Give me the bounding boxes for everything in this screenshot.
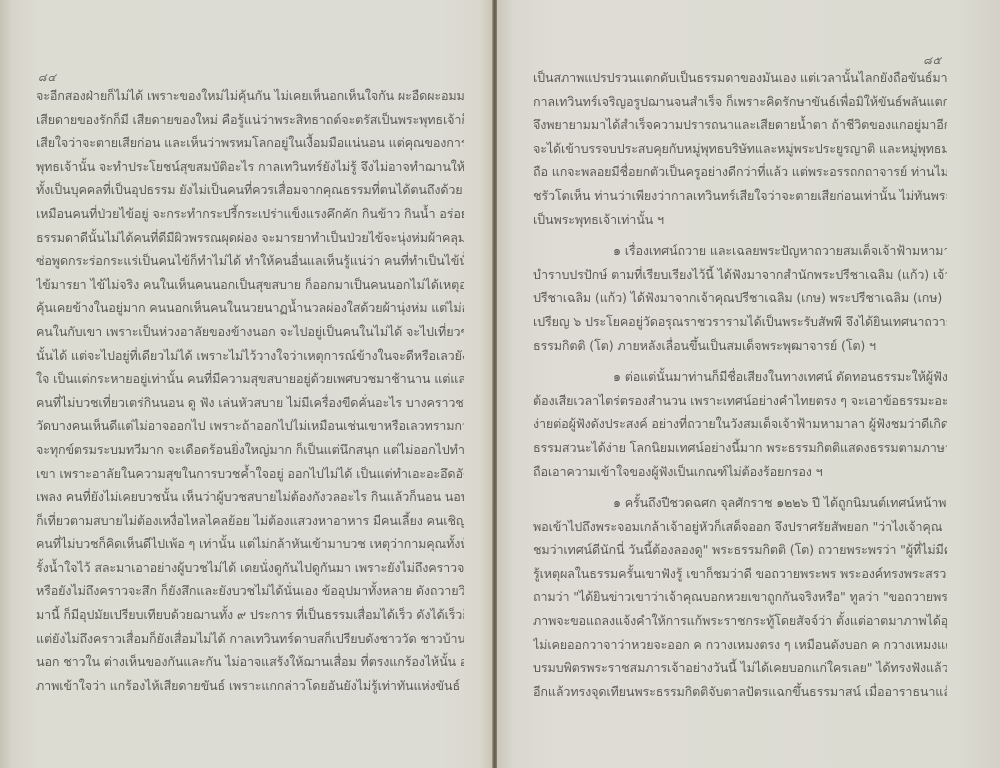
text-line: เพลง คนที่ยังไม่เคยบวชนั้น เห็นว่าผู้บวช… [36, 485, 464, 509]
text-line: ต้องเสียเวลาไตร่ตรองสำนวน เพราะเทศน์อย่า… [533, 389, 947, 413]
text-line: คุ้นเคยข้างในอยู่มาก คนนอกเห็นคนในนวยนาฏ… [36, 296, 464, 320]
text-line: เปรียญ ๖ ประโยคอยู่วัดอรุณราชวรารามได้เป… [533, 310, 947, 334]
text-line: ซ่อพูดกระร่อกระแร่เป็นคนไข้ก็ทำไม่ได้ ทำ… [36, 249, 464, 273]
paragraph: ๑ เรื่องเทศน์ถวาย และเฉลยพระปัญหาถวายสมเ… [533, 239, 947, 357]
text-line: แต่ยังไม่ถึงคราวเสื่อมก็ยังเสื่อมไม่ได้ … [36, 627, 464, 651]
left-page: ๘๔ จะอีกสองฝ่ายก็ไม่ได้ เพราะของใหม่ไม่ค… [0, 0, 493, 768]
text-line: จะได้เข้าบรรจบประสบคุยกับหมู่พุทธบริษัทแ… [533, 137, 947, 161]
text-line: จึงพยายามมาได้สำเร็จความปรารถนาและเสียดา… [533, 113, 947, 137]
text-line: เสียดายของรักก็มี เสียดายของใหม่ คือรู้แ… [36, 108, 464, 132]
text-line: วัดบางคนเห็นดีแต่ไม่อาจออกไป เพราะถ้าออก… [36, 414, 464, 438]
text-line: ภาพจะขอแถลงแจ้งคำให้การแก้พระราชกระทู้โด… [533, 609, 947, 633]
text-line: เป็นสภาพแปรปรวนแตกดับเป็นธรรมดาของมันเอง… [533, 66, 947, 90]
page-edge-shadow [0, 0, 12, 768]
text-line: ภาพเข้าใจว่า แกร้องไห้เสียดายขันธ์ เพราะ… [36, 674, 464, 698]
text-line: เหมือนคนที่ป่วยไข้อยู่ จะกระทำกระปรี้กระ… [36, 202, 464, 226]
right-page: ๘๕ เป็นสภาพแปรปรวนแตกดับเป็นธรรมดาของมัน… [497, 0, 1000, 768]
text-line: ถามว่า "ได้ยินข่าวเขาว่าเจ้าคุณบอกหวยเขา… [533, 585, 947, 609]
text-line: อีกแล้วทรงจุดเทียนพระธรรมกิตติจับตาลปัตร… [533, 680, 947, 704]
text-line: นอก ชาวใน ต่างเห็นของกันและกัน ไม่อาจแสร… [36, 650, 464, 674]
text-line: เป็นพระพุทธเจ้าเท่านั้น ฯ [533, 208, 947, 232]
text-line: เสียใจว่าจะตายเสียก่อน และเห็นว่าพรหมโลก… [36, 131, 464, 155]
text-line: ชรัวโตเห็น ท่านว่าเพียงว่ากาลเทวินทร์เสี… [533, 184, 947, 208]
text-line: บรมบพิตรพระราชสมภารเจ้าอย่างวันนี้ ไม่ได… [533, 656, 947, 680]
text-line: ง่ายต่อผู้ฟังดังประสงค์ อย่างที่ถวายในวั… [533, 412, 947, 436]
text-line: ไม่เคยออกวาจาว่าหวยจะออก ค กวางเหมงตรง ๆ… [533, 633, 947, 657]
text-line: บำราบปรปักษ์ ตามที่เรียบเรียงไว้นี้ ได้ฟ… [533, 263, 947, 287]
text-line: ๑ ครั้นถึงปีชวดฉศก จุลศักราช ๑๒๒๖ ปี ได้… [533, 491, 947, 515]
text-line: จะทุกข์ตรมระบมทวีมาก จะเดือดร้อนยิ่งใหญ่… [36, 438, 464, 462]
text-line: ธรรมดาดีนั้นไม่ได้คนที่ดีมีผิวพรรณผุดผ่อ… [36, 226, 464, 250]
text-line: หรือยังไม่ถึงคราวจะสึก ก็ยังสึกและยังบวช… [36, 579, 464, 603]
text-line: ก็เที่ยวตามสบายไม่ต้องเหงื่อไหลไคลย้อย ไ… [36, 509, 464, 533]
right-page-body: เป็นสภาพแปรปรวนแตกดับเป็นธรรมดาของมันเอง… [533, 66, 947, 703]
text-line: ใจ เป็นแต่กระหายอยู่เท่านั้น คนที่มีความ… [36, 367, 464, 391]
text-line: พุทธเจ้านั้น จะทำประโยชน์สุขสมบัติอะไร ก… [36, 155, 464, 179]
text-line: พอเข้าไปถึงพระจอมเกล้าเจ้าอยู่หัวก็เสด็จ… [533, 515, 947, 539]
text-line: รั้งน้ำใจไว้ สละมาเอาอย่างผู้บวชไม่ได้ เ… [36, 556, 464, 580]
text-line: ธรรมกิตติ (โต) ภายหลังเลื่อนขึ้นเป็นสมเด… [533, 334, 947, 358]
text-line: คนที่ไม่บวชเที่ยวเตร่กินนอน ดู ฟัง เล่นห… [36, 391, 464, 415]
text-line: ทั้งเป็นบุคคลที่เป็นอุปธรรม ยังไม่เป็นคน… [36, 178, 464, 202]
text-line: เขา เพราะอาลัยในความสุขในการบวชค้ำใจอยู่… [36, 462, 464, 486]
paragraph: เป็นสภาพแปรปรวนแตกดับเป็นธรรมดาของมันเอง… [533, 66, 947, 231]
text-line: ปรีชาเฉลิม (แก้ว) ได้ฟังมาจากเจ้าคุณปรีช… [533, 286, 947, 310]
text-line: คนที่ไม่บวชก็คิดเห็นดีไปเพ้อ ๆ เท่านั้น … [36, 532, 464, 556]
text-line: ถือเอาความเข้าใจของผู้ฟังเป็นเกณฑ์ไม่ต้อ… [533, 460, 947, 484]
text-line: ธรรมสวนะได้ง่าย โลกนิยมเทศน์อย่างนี้มาก … [533, 436, 947, 460]
text-line: คนในกับเขา เพราะเป็นห่วงอาลัยของข้างนอก … [36, 320, 464, 344]
left-page-body: จะอีกสองฝ่ายก็ไม่ได้ เพราะของใหม่ไม่คุ้น… [36, 84, 464, 697]
text-line: ชมว่าเทศน์ดีนักนี่ วันนี้ต้องลองดู" พระธ… [533, 538, 947, 562]
paragraph: ๑ ต่อแต่นั้นมาท่านก็มีชื่อเสียงในทางเทศน… [533, 365, 947, 483]
text-line: มานี้ ก็มีอุปมัยเปรียบเทียบด้วยฌานทั้ง ๙… [36, 603, 464, 627]
text-line: จะอีกสองฝ่ายก็ไม่ได้ เพราะของใหม่ไม่คุ้น… [36, 84, 464, 108]
text-line: ไข้มารยา ไข้ไม่จริง คนในเห็นคนนอกเป็นสุข… [36, 273, 464, 297]
open-book-spread: ๘๔ จะอีกสองฝ่ายก็ไม่ได้ เพราะของใหม่ไม่ค… [0, 0, 1000, 768]
text-line: รู้เหตุผลในธรรมครั้นเขาฟังรู้ เขาก็ชมว่า… [533, 562, 947, 586]
text-line: นั้นได้ แต่จะไปอยู่ที่เดียวไม่ได้ เพราะไ… [36, 344, 464, 368]
paragraph: ๑ ครั้นถึงปีชวดฉศก จุลศักราช ๑๒๒๖ ปี ได้… [533, 491, 947, 703]
text-line: ๑ เรื่องเทศน์ถวาย และเฉลยพระปัญหาถวายสมเ… [533, 239, 947, 263]
text-line: ถือ แกจะพลอยมีชื่อยกตัวเป็นครูอย่างดีกว่… [533, 160, 947, 184]
text-line: ๑ ต่อแต่นั้นมาท่านก็มีชื่อเสียงในทางเทศน… [533, 365, 947, 389]
text-line: กาลเทวินทร์เจริญอรูปฌานจนสำเร็จ ก็เพราะค… [533, 90, 947, 114]
